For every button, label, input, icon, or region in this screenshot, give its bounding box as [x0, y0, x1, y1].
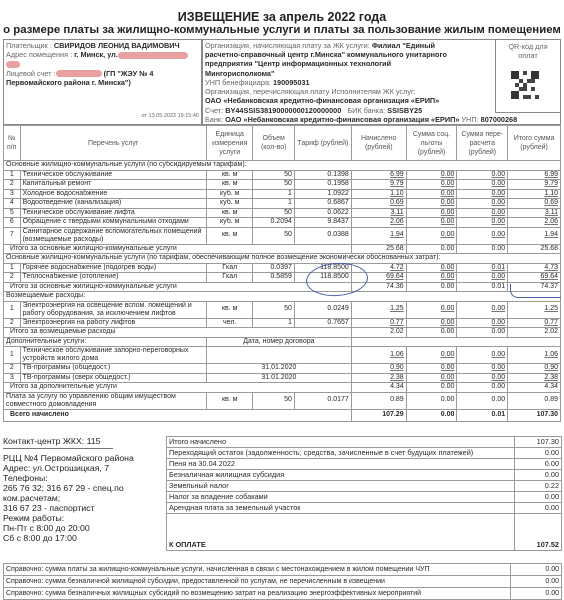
table-row: 1Техническое обслуживание запорно-перего… — [4, 347, 561, 364]
row-number: 1 — [4, 170, 21, 180]
col-header-unit: Единица измерения услуги — [206, 126, 253, 161]
subtotal-benefit: 0.00 — [406, 328, 457, 338]
redacted-address-2 — [6, 61, 20, 68]
service-name: Техническое обслуживание лифта — [20, 208, 206, 218]
charged: 0.77 — [351, 318, 406, 328]
service-name: Горячее водоснабжение (подогрев воды) — [20, 263, 206, 273]
blank — [351, 337, 560, 347]
reference-label: Справочно: сумма безналичной жилищной су… — [4, 576, 511, 588]
contract-date: 31.01.2020 — [206, 373, 351, 383]
payer-label: Плательщик : — [6, 41, 54, 50]
unp-label: УНП бенефициара: — [205, 78, 271, 87]
subtotal-benefit: 0.00 — [406, 244, 457, 254]
account-org-2: Первомайского района г. Минска") — [6, 78, 199, 87]
pen-mark-total — [510, 284, 561, 298]
contact-line: Режим работы: — [3, 513, 163, 523]
charged: 3.11 — [351, 208, 406, 218]
total: 3.11 — [508, 208, 561, 218]
quantity: 0.0397 — [253, 263, 294, 273]
benefit: 0.00 — [406, 189, 457, 199]
subtotal-charged: 4.34 — [351, 383, 406, 393]
benefit: 0.00 — [406, 301, 457, 318]
benefit: 0.00 — [406, 318, 457, 328]
quantity: 50 — [253, 301, 294, 318]
contact-line: Телефоны: — [3, 473, 163, 483]
benefit: 0.00 — [406, 364, 457, 374]
recalc: 0.00 — [457, 208, 508, 218]
contact-info: Контакт-центр ЖКХ: 115 РЦЦ №4 Первомайск… — [3, 436, 163, 552]
section-full-cost-label: Основные жилищно-коммунальные услуги (по… — [4, 254, 561, 264]
summary-row: Земельный налог0.22 — [167, 481, 562, 492]
row-number: 1 — [4, 263, 21, 273]
subtotal-full-cost: Итого за основные жилищно-коммунальные у… — [4, 282, 561, 292]
reference-row: Справочно: сумма платы за жилищно-коммун… — [4, 564, 562, 576]
benefit: 0.00 — [406, 263, 457, 273]
recalc: 0.00 — [457, 180, 508, 190]
services-table: № п/п Перечень услуг Единица измерения у… — [3, 125, 561, 422]
subtotal-recalc: 0.00 — [457, 328, 508, 338]
unit: куб. м — [206, 218, 253, 228]
benefit: 0.00 — [406, 180, 457, 190]
payer-box: Плательщик : СВИРИДОВ ЛЕОНИД ВАДИМОВИЧ А… — [3, 39, 202, 125]
row-number: 5 — [4, 208, 21, 218]
reference-value: 0.00 — [511, 576, 562, 588]
unit: куб. м — [206, 189, 253, 199]
unit: Гкал — [206, 263, 253, 273]
recalc: 0.00 — [457, 392, 508, 409]
contract-date — [206, 347, 351, 364]
tariff: 0.1398 — [294, 170, 351, 180]
service-name: Электроэнергия на освещение вспом. помещ… — [20, 301, 206, 318]
unit: кв. м — [206, 392, 253, 409]
table-row: 4Водоотведение (канализация)куб. м10.686… — [4, 199, 561, 209]
col-header-service: Перечень услуг — [20, 126, 206, 161]
subtotal-label: Итого за возмещаемые расходы — [4, 328, 352, 338]
total: 6.99 — [508, 170, 561, 180]
table-row: 3Холодное водоснабжениекуб. м11.09221.10… — [4, 189, 561, 199]
service-name: Электроэнергия на работу лифтов — [20, 318, 206, 328]
quantity: 0.2094 — [253, 218, 294, 228]
charged: 1.94 — [351, 227, 406, 244]
charged: 0.90 — [351, 364, 406, 374]
summary-row: Безналичная жилищная субсидия0.00 — [167, 470, 562, 481]
subtotal-additional: Итого за дополнительные услуги4.340.000.… — [4, 383, 561, 393]
unit: Гкал — [206, 273, 253, 283]
reference-row: Справочно: сумма безналичной жилищной су… — [4, 576, 562, 588]
bank-unp-value: 807000268 — [481, 115, 518, 124]
service-name: Плата за услугу по управлению общим имущ… — [4, 392, 207, 409]
total: 0.89 — [508, 392, 561, 409]
service-name: Холодное водоснабжение — [20, 189, 206, 199]
tariff: 0.0622 — [294, 208, 351, 218]
unit: кв. м — [206, 170, 253, 180]
subtotal-total: 2.02 — [508, 328, 561, 338]
management-row: Плата за услугу по управлению общим имущ… — [4, 392, 561, 409]
unit: кв. м — [206, 301, 253, 318]
subtotal-total: 25.68 — [508, 244, 561, 254]
total: 0.90 — [508, 364, 561, 374]
table-row: 6Обращение с твердыми коммунальными отхо… — [4, 218, 561, 228]
recalc: 0.00 — [457, 227, 508, 244]
subtotal-recalc: 0.01 — [457, 282, 508, 292]
row-number: 3 — [4, 373, 21, 383]
table-row: 2Электроэнергия на работу лифтовчел.10.7… — [4, 318, 561, 328]
bik-label: БИК банка: — [347, 106, 385, 115]
tariff: 1.0922 — [294, 189, 351, 199]
notice-title: ИЗВЕЩЕНИЕ за апрель 2022 года — [0, 10, 564, 24]
section-subsidized: Основные жилищно-коммунальные услуги (по… — [4, 161, 561, 171]
quantity: 0.5859 — [253, 273, 294, 283]
qr-code-icon[interactable] — [511, 71, 539, 99]
quantity: 50 — [253, 208, 294, 218]
subtotal-benefit: 0.00 — [406, 409, 457, 421]
summary-row: Пеня на 30.04.20220.00 — [167, 459, 562, 470]
subtotal-label: Итого за основные жилищно-коммунальные у… — [4, 282, 352, 292]
unp-value: 190095031 — [273, 78, 310, 87]
summary-label: Переходящий остаток (задолженность; сред… — [167, 448, 515, 459]
table-row: 1Техническое обслуживаниекв. м500.13986.… — [4, 170, 561, 180]
subtotal-reimbursable: Итого за возмещаемые расходы2.020.000.00… — [4, 328, 561, 338]
row-number: 1 — [4, 301, 21, 318]
summary-value: 0.00 — [515, 459, 562, 470]
subtotal-recalc: 0.01 — [457, 409, 508, 421]
subtotal-charged: 25.68 — [351, 244, 406, 254]
quantity: 50 — [253, 392, 294, 409]
tariff: 0.1958 — [294, 180, 351, 190]
section-full-cost: Основные жилищно-коммунальные услуги (по… — [4, 254, 561, 264]
summary-label: Земельный налог — [167, 481, 515, 492]
reference-table: Справочно: сумма платы за жилищно-коммун… — [3, 563, 562, 600]
charged: 1.06 — [351, 347, 406, 364]
table-row: 2Капитальный ремонткв. м500.19589.790.00… — [4, 180, 561, 190]
quantity: 50 — [253, 180, 294, 190]
recalc: 0.00 — [457, 364, 508, 374]
recalc: 0.00 — [457, 273, 508, 283]
summary-label: Итого начислено — [167, 437, 515, 448]
table-row: 5Техническое обслуживание лифтакв. м500.… — [4, 208, 561, 218]
iban-label: Счет: — [205, 106, 223, 115]
unit: куб. м — [206, 199, 253, 209]
total: 69.64 — [508, 273, 561, 283]
summary-label: Пеня на 30.04.2022 — [167, 459, 515, 470]
tariff: 0.0177 — [294, 392, 351, 409]
benefit: 0.00 — [406, 218, 457, 228]
col-header-n: № п/п — [4, 126, 21, 161]
service-name: ТВ-программы (сверх общедост.) — [20, 373, 206, 383]
service-name: ТВ-программы (общедост.) — [20, 364, 206, 374]
charged: 0.89 — [351, 392, 406, 409]
subtotal-total: 107.30 — [508, 409, 561, 421]
service-name: Капитальный ремонт — [20, 180, 206, 190]
summary-label: Арендная плата за земельный участок — [167, 503, 515, 514]
service-name: Теплоснабжение (отопление) — [20, 273, 206, 283]
benefit: 0.00 — [406, 170, 457, 180]
summary-value: 0.00 — [515, 470, 562, 481]
unit: чел. — [206, 318, 253, 328]
total: 1.25 — [508, 301, 561, 318]
payer-name: СВИРИДОВ ЛЕОНИД ВАДИМОВИЧ — [54, 41, 180, 50]
col-header-charged: Начислено (рублей) — [351, 126, 406, 161]
summary-row: Переходящий остаток (задолженность; сред… — [167, 448, 562, 459]
reference-row: Справочно: сумма безналичных жилищных су… — [4, 588, 562, 600]
grand-total-row: Всего начислено107.290.000.01107.30 — [4, 409, 561, 421]
to-pay-row: К ОПЛАТЕ107.52 — [167, 514, 562, 551]
to-pay-value: 107.52 — [515, 514, 562, 551]
table-row: 2Теплоснабжение (отопление)Гкал0.5859118… — [4, 273, 561, 283]
recalc: 0.00 — [457, 318, 508, 328]
contact-line: РЦЦ №4 Первомайского района — [3, 453, 163, 463]
subtotal-label: Итого за основные жилищно-коммунальные у… — [4, 244, 352, 254]
row-number: 2 — [4, 273, 21, 283]
benefit: 0.00 — [406, 227, 457, 244]
contact-line: Пн-Пт с 8:00 до 20:00 — [3, 523, 163, 533]
reference-label: Справочно: сумма безналичных жилищных су… — [4, 588, 511, 600]
bank-value: ОАО «Небанковская кредитно-финансовая ор… — [225, 115, 459, 124]
charged: 6.99 — [351, 170, 406, 180]
summary-value: 0.00 — [515, 448, 562, 459]
contact-line: Адрес: ул.Острошицкая, 7 — [3, 463, 163, 473]
section-additional-label: Дополнительные услуги: — [4, 337, 207, 347]
charged: 0.69 — [351, 199, 406, 209]
benefit: 0.00 — [406, 373, 457, 383]
charged: 1.25 — [351, 301, 406, 318]
col-header-total: Итого сумма (рублей) — [508, 126, 561, 161]
benefit: 0.00 — [406, 199, 457, 209]
bik-value: SSISBY25 — [387, 106, 422, 115]
recalc: 0.00 — [457, 170, 508, 180]
charged: 2.06 — [351, 218, 406, 228]
table-row: 7Санитарное содержание вспомогательных п… — [4, 227, 561, 244]
tariff: 0.0388 — [294, 227, 351, 244]
contact-line: 265 76 32; 316 67 29 - спец.по — [3, 483, 163, 493]
account-label: Лицевой счет : — [6, 69, 56, 78]
unit: кв. м — [206, 208, 253, 218]
reference-value: 0.00 — [511, 564, 562, 576]
summary-value: 0.00 — [515, 503, 562, 514]
charged: 1.10 — [351, 189, 406, 199]
benefit: 0.00 — [406, 208, 457, 218]
tariff: 9.8437 — [294, 218, 351, 228]
row-number: 2 — [4, 364, 21, 374]
summary-row: Налог за владение собаками0.00 — [167, 492, 562, 503]
col-header-qty: Объем (кол-во) — [253, 126, 294, 161]
tariff: 0.7657 — [294, 318, 351, 328]
subtotal-subsidized: Итого за основные жилищно-коммунальные у… — [4, 244, 561, 254]
recalc: 0.00 — [457, 199, 508, 209]
row-number: 3 — [4, 189, 21, 199]
col-header-recalc: Сумма пере-расчета (рублей) — [457, 126, 508, 161]
service-name: Санитарное содержание вспомогательных по… — [20, 227, 206, 244]
row-number: 2 — [4, 180, 21, 190]
unit: кв. м — [206, 227, 253, 244]
total: 2.06 — [508, 218, 561, 228]
notice-date: от 13.05.2022 19:15:40 — [142, 112, 199, 121]
subtotal-charged: 107.29 — [351, 409, 406, 421]
total: 1.06 — [508, 347, 561, 364]
summary-value: 0.22 — [515, 481, 562, 492]
table-row: 3ТВ-программы (сверх общедост.)31.01.202… — [4, 373, 561, 383]
subtotal-benefit: 0.00 — [406, 282, 457, 292]
row-number: 4 — [4, 199, 21, 209]
reference-label: Справочно: сумма платы за жилищно-коммун… — [4, 564, 511, 576]
section-reimbursable-label: Возмещаемые расходы: — [4, 292, 561, 302]
tariff: 0.0249 — [294, 301, 351, 318]
service-name: Водоотведение (канализация) — [20, 199, 206, 209]
summary-label: Безналичная жилищная субсидия — [167, 470, 515, 481]
recalc: 0.00 — [457, 373, 508, 383]
reference-value: 0.00 — [511, 588, 562, 600]
benefit: 0.00 — [406, 392, 457, 409]
subtotal-label: Итого за дополнительные услуги — [4, 383, 352, 393]
benefit: 0.00 — [406, 347, 457, 364]
quantity: 1 — [253, 189, 294, 199]
iban-value: BY44SSIS38190000000120000000 — [225, 106, 341, 115]
section-additional: Дополнительные услуги:Дата, номер догово… — [4, 337, 561, 347]
subtotal-recalc: 0.00 — [457, 244, 508, 254]
contact-center: Контакт-центр ЖКХ: 115 — [3, 436, 163, 446]
to-pay-label: К ОПЛАТЕ — [167, 514, 515, 551]
recalc: 0.00 — [457, 347, 508, 364]
recalc: 0.00 — [457, 189, 508, 199]
subtotal-charged: 2.02 — [351, 328, 406, 338]
total: 0.77 — [508, 318, 561, 328]
address-label: Адрес помещения : — [6, 50, 74, 59]
table-row: 1Горячее водоснабжение (подогрев воды)Гк… — [4, 263, 561, 273]
contract-date: 31.01.2020 — [206, 364, 351, 374]
contact-line: ком.расчетам; — [3, 493, 163, 503]
section-subsidized-label: Основные жилищно-коммунальные услуги (по… — [4, 161, 561, 171]
summary-table: Итого начислено107.30Переходящий остаток… — [166, 436, 562, 551]
redacted-account — [56, 70, 102, 77]
address-value: г. Минск, ул. — [74, 50, 118, 59]
total: 1.10 — [508, 189, 561, 199]
quantity: 50 — [253, 170, 294, 180]
benefit: 0.00 — [406, 273, 457, 283]
table-row: 2ТВ-программы (общедост.)31.01.20200.900… — [4, 364, 561, 374]
service-name: Обращение с твердыми коммунальными отход… — [20, 218, 206, 228]
contract-header: Дата, номер договора — [206, 337, 351, 347]
org-label: Организация, начисляющая плату за ЖК усл… — [205, 41, 370, 50]
subtotal-total: 4.34 — [508, 383, 561, 393]
summary-label: Налог за владение собаками — [167, 492, 515, 503]
summary-value: 107.30 — [515, 437, 562, 448]
row-number: 7 — [4, 227, 21, 244]
total: 1.94 — [508, 227, 561, 244]
recalc: 0.00 — [457, 218, 508, 228]
redacted-address — [118, 52, 188, 59]
bank-label: Банк: — [205, 115, 223, 124]
notice-subtitle: о размере платы за жилищно-коммунальные … — [0, 24, 564, 36]
col-header-tariff: Тариф (рублей) — [294, 126, 351, 161]
total: 4.73 — [508, 263, 561, 273]
recalc: 0.00 — [457, 301, 508, 318]
charged: 2.38 — [351, 373, 406, 383]
summary-value: 0.00 — [515, 492, 562, 503]
summary-row: Арендная плата за земельный участок0.00 — [167, 503, 562, 514]
tariff: 0.6867 — [294, 199, 351, 209]
charged: 9.79 — [351, 180, 406, 190]
contact-line: Сб с 8:00 до 17:00 — [3, 533, 163, 543]
summary-row: Итого начислено107.30 — [167, 437, 562, 448]
recalc: 0.01 — [457, 263, 508, 273]
table-row: 1Электроэнергия на освещение вспом. поме… — [4, 301, 561, 318]
row-number: 6 — [4, 218, 21, 228]
quantity: 1 — [253, 199, 294, 209]
service-name: Техническое обслуживание — [20, 170, 206, 180]
row-number: 2 — [4, 318, 21, 328]
total: 0.69 — [508, 199, 561, 209]
total: 9.79 — [508, 180, 561, 190]
bank-unp-label: УНП: — [461, 115, 478, 124]
quantity: 1 — [253, 318, 294, 328]
qr-label: QR-код для оплат — [508, 42, 548, 60]
col-header-benefit: Сумма соц. льготы (рублей) — [406, 126, 457, 161]
subtotal-recalc: 0.00 — [457, 383, 508, 393]
section-reimbursable: Возмещаемые расходы: — [4, 292, 561, 302]
service-name: Техническое обслуживание запорно-перегов… — [20, 347, 206, 364]
unit: кв. м — [206, 180, 253, 190]
quantity: 50 — [253, 227, 294, 244]
table-header-row: № п/п Перечень услуг Единица измерения у… — [4, 126, 561, 161]
subtotal-label: Всего начислено — [4, 409, 352, 421]
contact-divider — [3, 448, 113, 449]
account-org: (ГП "ЖЭУ № 4 — [104, 69, 154, 78]
subtotal-benefit: 0.00 — [406, 383, 457, 393]
total: 2.38 — [508, 373, 561, 383]
row-number: 1 — [4, 347, 21, 364]
contact-line: 316 67 23 - паспортист — [3, 503, 163, 513]
